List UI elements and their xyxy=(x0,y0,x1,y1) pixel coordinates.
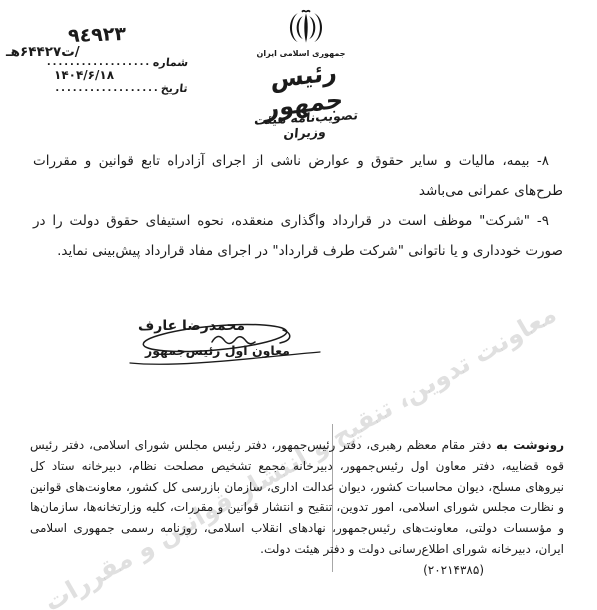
signature-scribble-icon xyxy=(120,310,330,376)
handwritten-number-suffix: /ت۶۴۴۲۷هـ xyxy=(6,44,80,60)
decree-document: معاونت تدوین، تنقیح و انتشار قوانین و مق… xyxy=(0,0,597,610)
date-row: تاریخ .............................. xyxy=(10,82,188,95)
cc-paragraph: رونوشت به دفتر مقام معظم رهبری، دفتر رئی… xyxy=(30,435,564,580)
date-label: تاریخ xyxy=(161,82,189,95)
signature-block: محمدرضا عارف معاون اول رئیس‌جمهور xyxy=(120,310,330,376)
number-label: شماره xyxy=(152,56,189,69)
registration-number: (۲۰۲۱۴۳۸۵) xyxy=(30,560,564,580)
decree-body: ۸- بیمه، مالیات و سایر حقوق و عوارض ناشی… xyxy=(33,146,563,266)
cc-lead: رونوشت به xyxy=(496,438,564,452)
reference-stamp-block: ۹٤۹۲۳ شماره ............................… xyxy=(10,24,188,102)
clause-9: ۹- "شرکت" موظف است در قرارداد واگذاری من… xyxy=(33,206,563,266)
clause-8: ۸- بیمه، مالیات و سایر حقوق و عوارض ناشی… xyxy=(33,146,563,206)
cc-body: رونوشت به دفتر مقام معظم رهبری، دفتر رئی… xyxy=(30,435,564,560)
iran-emblem-icon xyxy=(286,8,326,54)
cc-text: دفتر مقام معظم رهبری، دفتر رئیس‌جمهور، د… xyxy=(30,438,564,556)
document-type-title: تصویب‌نامه هیئت وزیران xyxy=(232,106,379,144)
handwritten-date: ۱۴۰۴/۶/۱۸ xyxy=(54,68,114,82)
date-dotted-line: .............................. xyxy=(55,83,157,94)
